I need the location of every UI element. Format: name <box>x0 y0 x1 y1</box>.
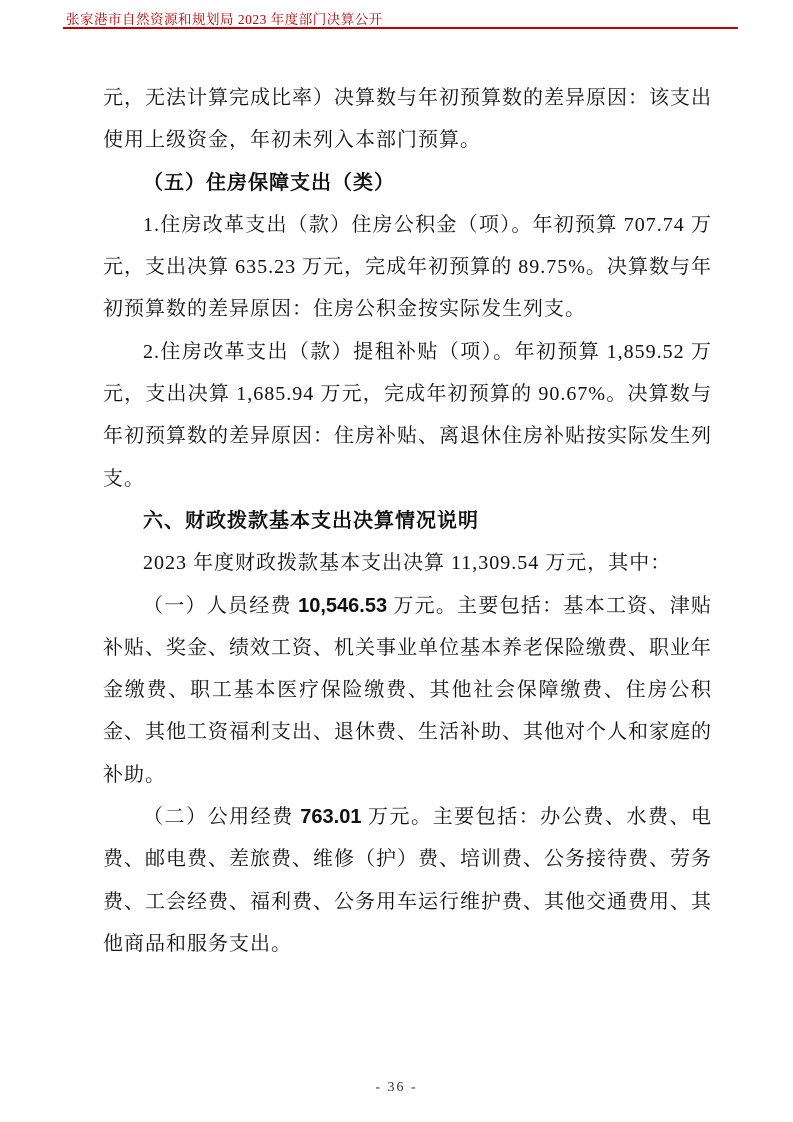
text-segment: 万元。主要包括：基本工资、津贴补贴、奖金、绩效工资、机关事业单位基本养老保险缴费… <box>103 595 712 786</box>
paragraph-public-funds: （二）公用经费 763.01 万元。主要包括：办公费、水费、电费、邮电费、差旅费… <box>103 796 712 965</box>
document-header-title: 张家港市自然资源和规划局 2023 年度部门决算公开 <box>66 8 383 28</box>
paragraph-total-basic-expenditure: 2023 年度财政拨款基本支出决算 11,309.54 万元，其中： <box>103 542 712 584</box>
paragraph-carryover: 元，无法计算完成比率）决算数与年初预算数的差异原因：该支出使用上级资金，年初未列… <box>103 77 712 162</box>
section-heading-housing: （五）住房保障支出（类） <box>103 162 712 204</box>
page-number: - 36 - <box>0 1080 793 1096</box>
personnel-amount: 10,546.53 <box>298 595 387 617</box>
document-body: 元，无法计算完成比率）决算数与年初预算数的差异原因：该支出使用上级资金，年初未列… <box>103 77 712 965</box>
paragraph-housing-fund: 1.住房改革支出（款）住房公积金（项）。年初预算 707.74 万元，支出决算 … <box>103 204 712 331</box>
header-divider <box>63 27 738 29</box>
section-heading-basic-expenditure: 六、财政拨款基本支出决算情况说明 <box>103 500 712 542</box>
paragraph-rent-subsidy: 2.住房改革支出（款）提租补贴（项）。年初预算 1,859.52 万元，支出决算… <box>103 331 712 500</box>
public-funds-amount: 763.01 <box>300 806 361 828</box>
text-segment: （一）人员经费 <box>143 595 298 617</box>
document-page: 张家港市自然资源和规划局 2023 年度部门决算公开 元，无法计算完成比率）决算… <box>0 0 793 1122</box>
text-segment: 万元。主要包括：办公费、水费、电费、邮电费、差旅费、维修（护）费、培训费、公务接… <box>103 806 712 955</box>
paragraph-personnel-funds: （一）人员经费 10,546.53 万元。主要包括：基本工资、津贴补贴、奖金、绩… <box>103 585 712 796</box>
text-segment: （二）公用经费 <box>143 806 300 828</box>
